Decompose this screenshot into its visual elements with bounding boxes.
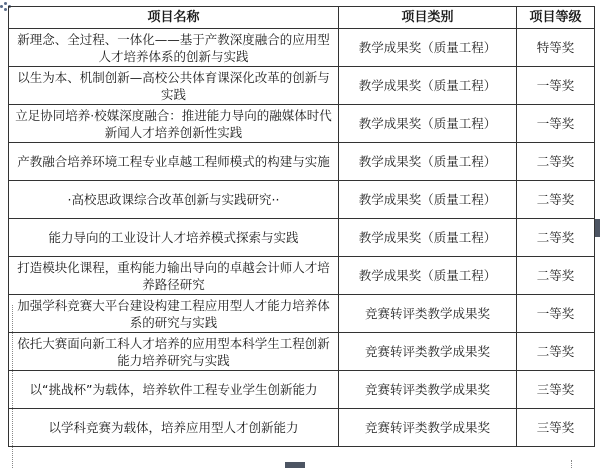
table-row: 产教融合培养环境工程专业卓越工程师模式的构建与实施 教学成果奖（质量工程） 二等… <box>9 143 595 181</box>
table-row: 立足协同培养·校媒深度融合：推进能力导向的融媒体时代新闻人才培养创新性实践 教学… <box>9 105 595 143</box>
header-row: 项目名称 项目类别 项目等级 <box>9 7 595 29</box>
project-name-cell[interactable]: 新理念、全过程、一体化——基于产教深度融合的应用型人才培养体系的创新与实践 <box>9 29 339 67</box>
column-guide-line <box>12 305 13 468</box>
project-level-cell[interactable]: 特等奖 <box>517 29 595 67</box>
project-name-cell[interactable]: 以“挑战杯”为载体，培养软件工程专业学生创新能力 <box>9 371 339 409</box>
project-name-cell[interactable]: 加强学科竞赛大平台建设构建工程应用型人才能力培养体系的研究与实践 <box>9 295 339 333</box>
column-guide-line <box>571 460 572 468</box>
project-category-cell[interactable]: 教学成果奖（质量工程） <box>339 67 517 105</box>
header-project-name: 项目名称 <box>9 7 339 29</box>
project-level-cell[interactable]: 三等奖 <box>517 371 595 409</box>
project-level-cell[interactable]: 二等奖 <box>517 143 595 181</box>
project-name-cell[interactable]: 立足协同培养·校媒深度融合：推进能力导向的融媒体时代新闻人才培养创新性实践 <box>9 105 339 143</box>
project-category-cell[interactable]: 教学成果奖（质量工程） <box>339 181 517 219</box>
project-level-cell[interactable]: 一等奖 <box>517 295 595 333</box>
project-level-cell[interactable]: 二等奖 <box>517 219 595 257</box>
project-level-cell[interactable]: 二等奖 <box>517 333 595 371</box>
awards-table: 项目名称 项目类别 项目等级 新理念、全过程、一体化——基于产教深度融合的应用型… <box>8 6 595 447</box>
project-level-cell[interactable]: 二等奖 <box>517 181 595 219</box>
project-name-cell[interactable]: ·高校思政课综合改革创新与实践研究·· <box>9 181 339 219</box>
add-column-handle-icon[interactable] <box>595 219 600 237</box>
project-level-cell[interactable]: 三等奖 <box>517 409 595 447</box>
project-category-cell[interactable]: 竞赛转评类教学成果奖 <box>339 409 517 447</box>
add-row-handle-icon[interactable] <box>285 462 305 468</box>
table-row: 加强学科竞赛大平台建设构建工程应用型人才能力培养体系的研究与实践 竞赛转评类教学… <box>9 295 595 333</box>
table-row: ·高校思政课综合改革创新与实践研究·· 教学成果奖（质量工程） 二等奖 <box>9 181 595 219</box>
project-category-cell[interactable]: 竞赛转评类教学成果奖 <box>339 333 517 371</box>
project-category-cell[interactable]: 教学成果奖（质量工程） <box>339 257 517 295</box>
project-category-cell[interactable]: 教学成果奖（质量工程） <box>339 105 517 143</box>
table-row: 新理念、全过程、一体化——基于产教深度融合的应用型人才培养体系的创新与实践 教学… <box>9 29 595 67</box>
project-name-cell[interactable]: 能力导向的工业设计人才培养模式探索与实践 <box>9 219 339 257</box>
project-category-cell[interactable]: 教学成果奖（质量工程） <box>339 29 517 67</box>
project-name-cell[interactable]: 以生为本、机制创新—高校公共体育课深化改革的创新与实践 <box>9 67 339 105</box>
project-level-cell[interactable]: 一等奖 <box>517 105 595 143</box>
project-name-cell[interactable]: 产教融合培养环境工程专业卓越工程师模式的构建与实施 <box>9 143 339 181</box>
table-row: 能力导向的工业设计人才培养模式探索与实践 教学成果奖（质量工程） 二等奖 <box>9 219 595 257</box>
project-level-cell[interactable]: 一等奖 <box>517 67 595 105</box>
project-name-cell[interactable]: 打造模块化课程，重构能力输出导向的卓越会计师人才培养路径研究 <box>9 257 339 295</box>
table-row: 打造模块化课程，重构能力输出导向的卓越会计师人才培养路径研究 教学成果奖（质量工… <box>9 257 595 295</box>
project-name-cell[interactable]: 以学科竞赛为载体，培养应用型人才创新能力 <box>9 409 339 447</box>
table-row: 依托大赛面向新工科人才培养的应用型本科学生工程创新能力培养研究与实践 竞赛转评类… <box>9 333 595 371</box>
project-name-cell[interactable]: 依托大赛面向新工科人才培养的应用型本科学生工程创新能力培养研究与实践 <box>9 333 339 371</box>
project-category-cell[interactable]: 教学成果奖（质量工程） <box>339 219 517 257</box>
project-level-cell[interactable]: 二等奖 <box>517 257 595 295</box>
header-project-level: 项目等级 <box>517 7 595 29</box>
table-row: 以学科竞赛为载体，培养应用型人才创新能力 竞赛转评类教学成果奖 三等奖 <box>9 409 595 447</box>
table-row: 以生为本、机制创新—高校公共体育课深化改革的创新与实践 教学成果奖（质量工程） … <box>9 67 595 105</box>
table-row: 以“挑战杯”为载体，培养软件工程专业学生创新能力 竞赛转评类教学成果奖 三等奖 <box>9 371 595 409</box>
project-category-cell[interactable]: 教学成果奖（质量工程） <box>339 143 517 181</box>
project-category-cell[interactable]: 竞赛转评类教学成果奖 <box>339 371 517 409</box>
header-project-category: 项目类别 <box>339 7 517 29</box>
project-category-cell[interactable]: 竞赛转评类教学成果奖 <box>339 295 517 333</box>
